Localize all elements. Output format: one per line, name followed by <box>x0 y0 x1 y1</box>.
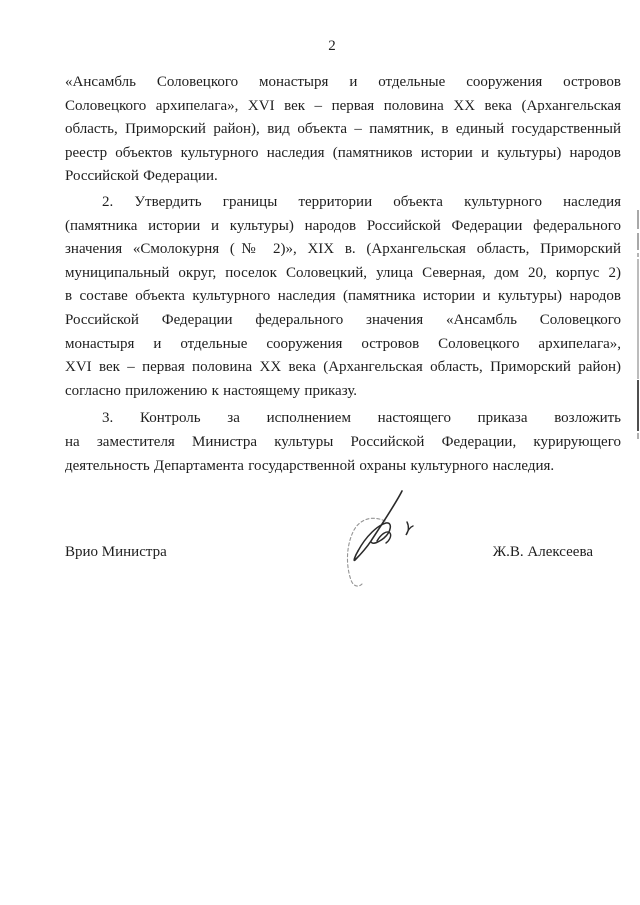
paragraph-continuation: «Ансамбль Соловецкого монастыря и отдель… <box>65 71 621 189</box>
text-line: 2. Утвердить границы территории объекта … <box>65 191 621 215</box>
text-line: согласно приложению к настоящему приказу… <box>65 380 621 404</box>
text-line: область, Приморский район), вид объекта … <box>65 118 621 142</box>
scan-artifact-mark <box>637 433 639 439</box>
scan-artifact-mark <box>637 210 639 229</box>
scan-artifact-mark <box>637 233 639 250</box>
text-line: реестр объектов культурного наследия (па… <box>65 142 621 166</box>
scan-artifact-mark <box>637 259 639 379</box>
document-body: «Ансамбль Соловецкого монастыря и отдель… <box>65 71 621 478</box>
text-line: XVI век – первая половина XX века (Архан… <box>65 356 621 380</box>
scan-artifact-mark <box>637 253 639 257</box>
text-line: Российской Федерации. <box>65 165 621 189</box>
scan-artifact-mark <box>637 380 639 431</box>
page-number: 2 <box>0 37 640 55</box>
text-line: монастыря и отдельные сооружения острово… <box>65 333 621 357</box>
text-line: Российской Федерации федерального значен… <box>65 309 621 333</box>
paragraph-item-2: 2. Утвердить границы территории объекта … <box>65 191 621 403</box>
text-line: Соловецкого архипелага», XVI век – перва… <box>65 95 621 119</box>
signer-name: Ж.В. Алексеева <box>493 541 621 564</box>
text-line: в составе объекта культурного наследия (… <box>65 285 621 309</box>
signer-title: Врио Министра <box>65 541 167 564</box>
signature-autograph <box>325 488 415 593</box>
text-line: 3. Контроль за исполнением настоящего пр… <box>65 407 621 431</box>
text-line: «Ансамбль Соловецкого монастыря и отдель… <box>65 71 621 95</box>
text-line: деятельность Департамента государственно… <box>65 455 621 479</box>
document-page: 2 «Ансамбль Соловецкого монастыря и отде… <box>0 0 640 905</box>
paragraph-item-3: 3. Контроль за исполнением настоящего пр… <box>65 407 621 478</box>
text-line: муниципальный округ, поселок Соловецкий,… <box>65 262 621 286</box>
text-line: на заместителя Министра культуры Российс… <box>65 431 621 455</box>
text-line: (памятника истории и культуры) народов Р… <box>65 215 621 239</box>
text-line: значения «Смолокурня (№ 2)», XIX в. (Арх… <box>65 238 621 262</box>
